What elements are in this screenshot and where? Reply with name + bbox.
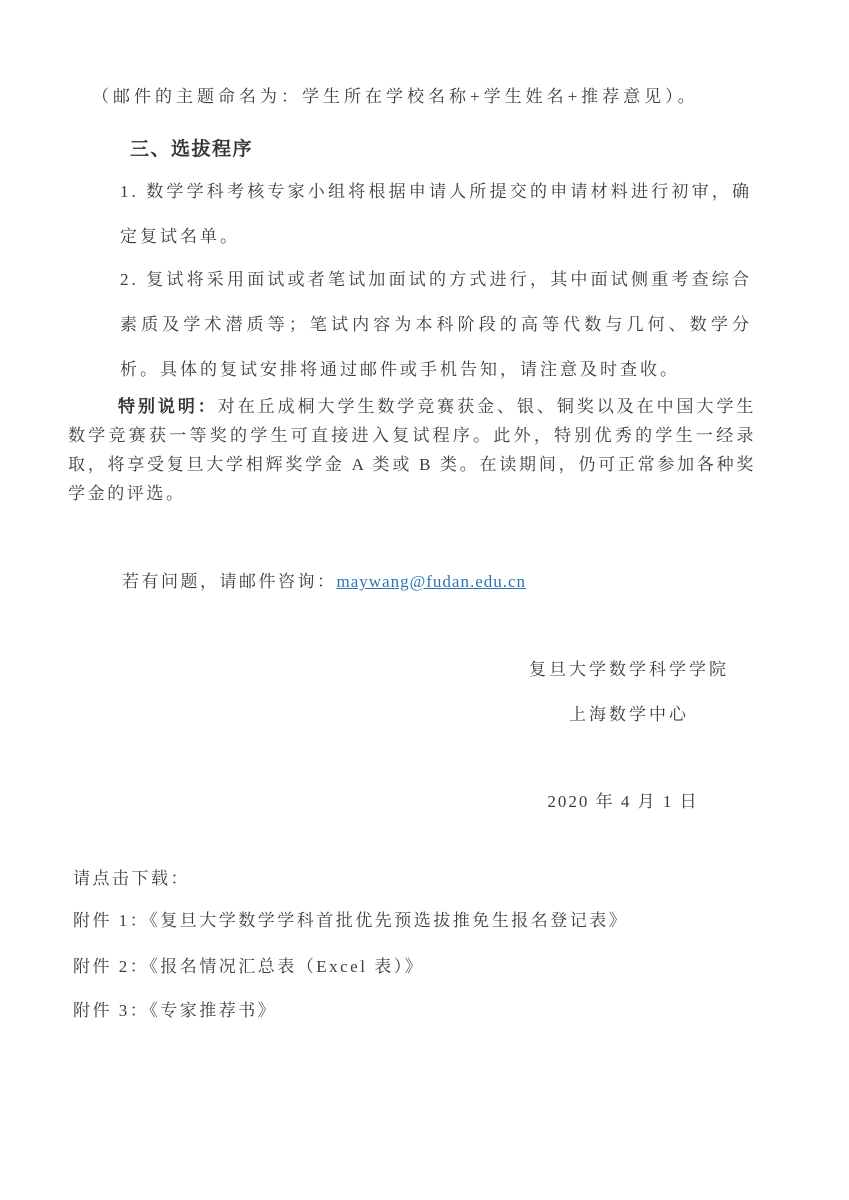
document-date: 2020 年 4 月 1 日 (473, 790, 773, 814)
procedure-item-2: 2. 复试将采用面试或者笔试加面试的方式进行，其中面试侧重考查综合素质及学术潜质… (120, 257, 752, 392)
contact-prefix: 若有问题，请邮件咨询： (122, 572, 337, 591)
signature-center: 上海数学中心 (479, 703, 779, 727)
special-note-label: 特别说明： (118, 397, 218, 416)
document-page: （邮件的主题命名为：学生所在学校名称+学生姓名+推荐意见）。 三、选拔程序 1.… (0, 0, 849, 1200)
contact-email-link[interactable]: maywang@fudan.edu.cn (337, 572, 527, 591)
attachment-link-2[interactable]: 附件 2：《报名情况汇总表（Excel 表）》 (73, 954, 424, 980)
signature-school: 复旦大学数学科学学院 (479, 658, 779, 682)
section-heading-selection-procedure: 三、选拔程序 (130, 134, 253, 161)
download-intro: 请点击下载： (73, 866, 190, 892)
special-note-paragraph: 特别说明：对在丘成桐大学生数学竞赛获金、银、铜奖以及在中国大学生数学竞赛获一等奖… (68, 392, 756, 508)
attachment-link-3[interactable]: 附件 3：《专家推荐书》 (73, 998, 277, 1024)
email-subject-note: （邮件的主题命名为：学生所在学校名称+学生姓名+推荐意见）。 (92, 84, 772, 110)
attachment-link-1[interactable]: 附件 1：《复旦大学数学学科首批优先预选拔推免生报名登记表》 (73, 908, 628, 934)
procedure-item-1: 1. 数学学科考核专家小组将根据申请人所提交的申请材料进行初审，确定复试名单。 (120, 169, 752, 259)
contact-line: 若有问题，请邮件咨询：maywang@fudan.edu.cn (122, 568, 526, 596)
